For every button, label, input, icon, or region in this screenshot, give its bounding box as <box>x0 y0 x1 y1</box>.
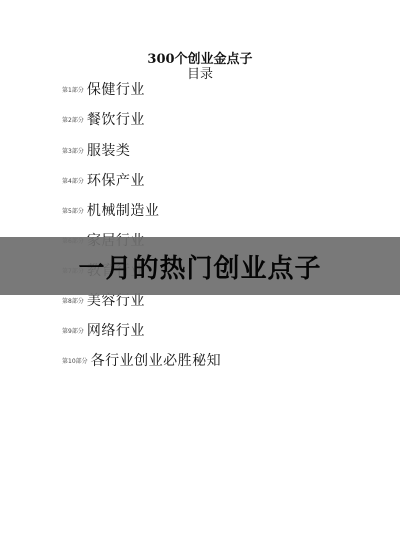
toc-section-label: 第8部分 <box>62 296 84 305</box>
toc-section-label: 第2部分 <box>62 115 84 124</box>
toc-item: 第2部分 餐饮行业 <box>62 109 145 129</box>
toc-item-name: 各行业创业必胜秘知 <box>91 350 222 370</box>
toc-item: 第4部分 环保产业 <box>62 170 145 190</box>
toc-item-name: 保健行业 <box>87 79 145 99</box>
toc-item: 第10部分 各行业创业必胜秘知 <box>62 350 221 370</box>
toc-section-label: 第5部分 <box>62 206 84 215</box>
toc-item-name: 网络行业 <box>87 320 145 340</box>
toc-section-label: 第9部分 <box>62 326 84 335</box>
toc-item: 第9部分 网络行业 <box>62 320 145 340</box>
toc-item: 第3部分 服装类 <box>62 140 130 160</box>
toc-section-label: 第3部分 <box>62 146 84 155</box>
toc-item: 第1部分 保健行业 <box>62 79 145 99</box>
overlay-headline: 一月的热门创业点子 <box>0 237 400 295</box>
toc-item-name: 环保产业 <box>87 170 145 190</box>
toc-section-label: 第1部分 <box>62 85 84 94</box>
toc-item: 第5部分 机械制造业 <box>62 200 159 220</box>
toc-item-name: 餐饮行业 <box>87 109 145 129</box>
toc-item-name: 机械制造业 <box>87 200 160 220</box>
document-subtitle: 目录 <box>0 63 400 82</box>
toc-section-label: 第4部分 <box>62 176 84 185</box>
toc-item-name: 服装类 <box>87 140 131 160</box>
toc-section-label: 第10部分 <box>62 356 88 365</box>
